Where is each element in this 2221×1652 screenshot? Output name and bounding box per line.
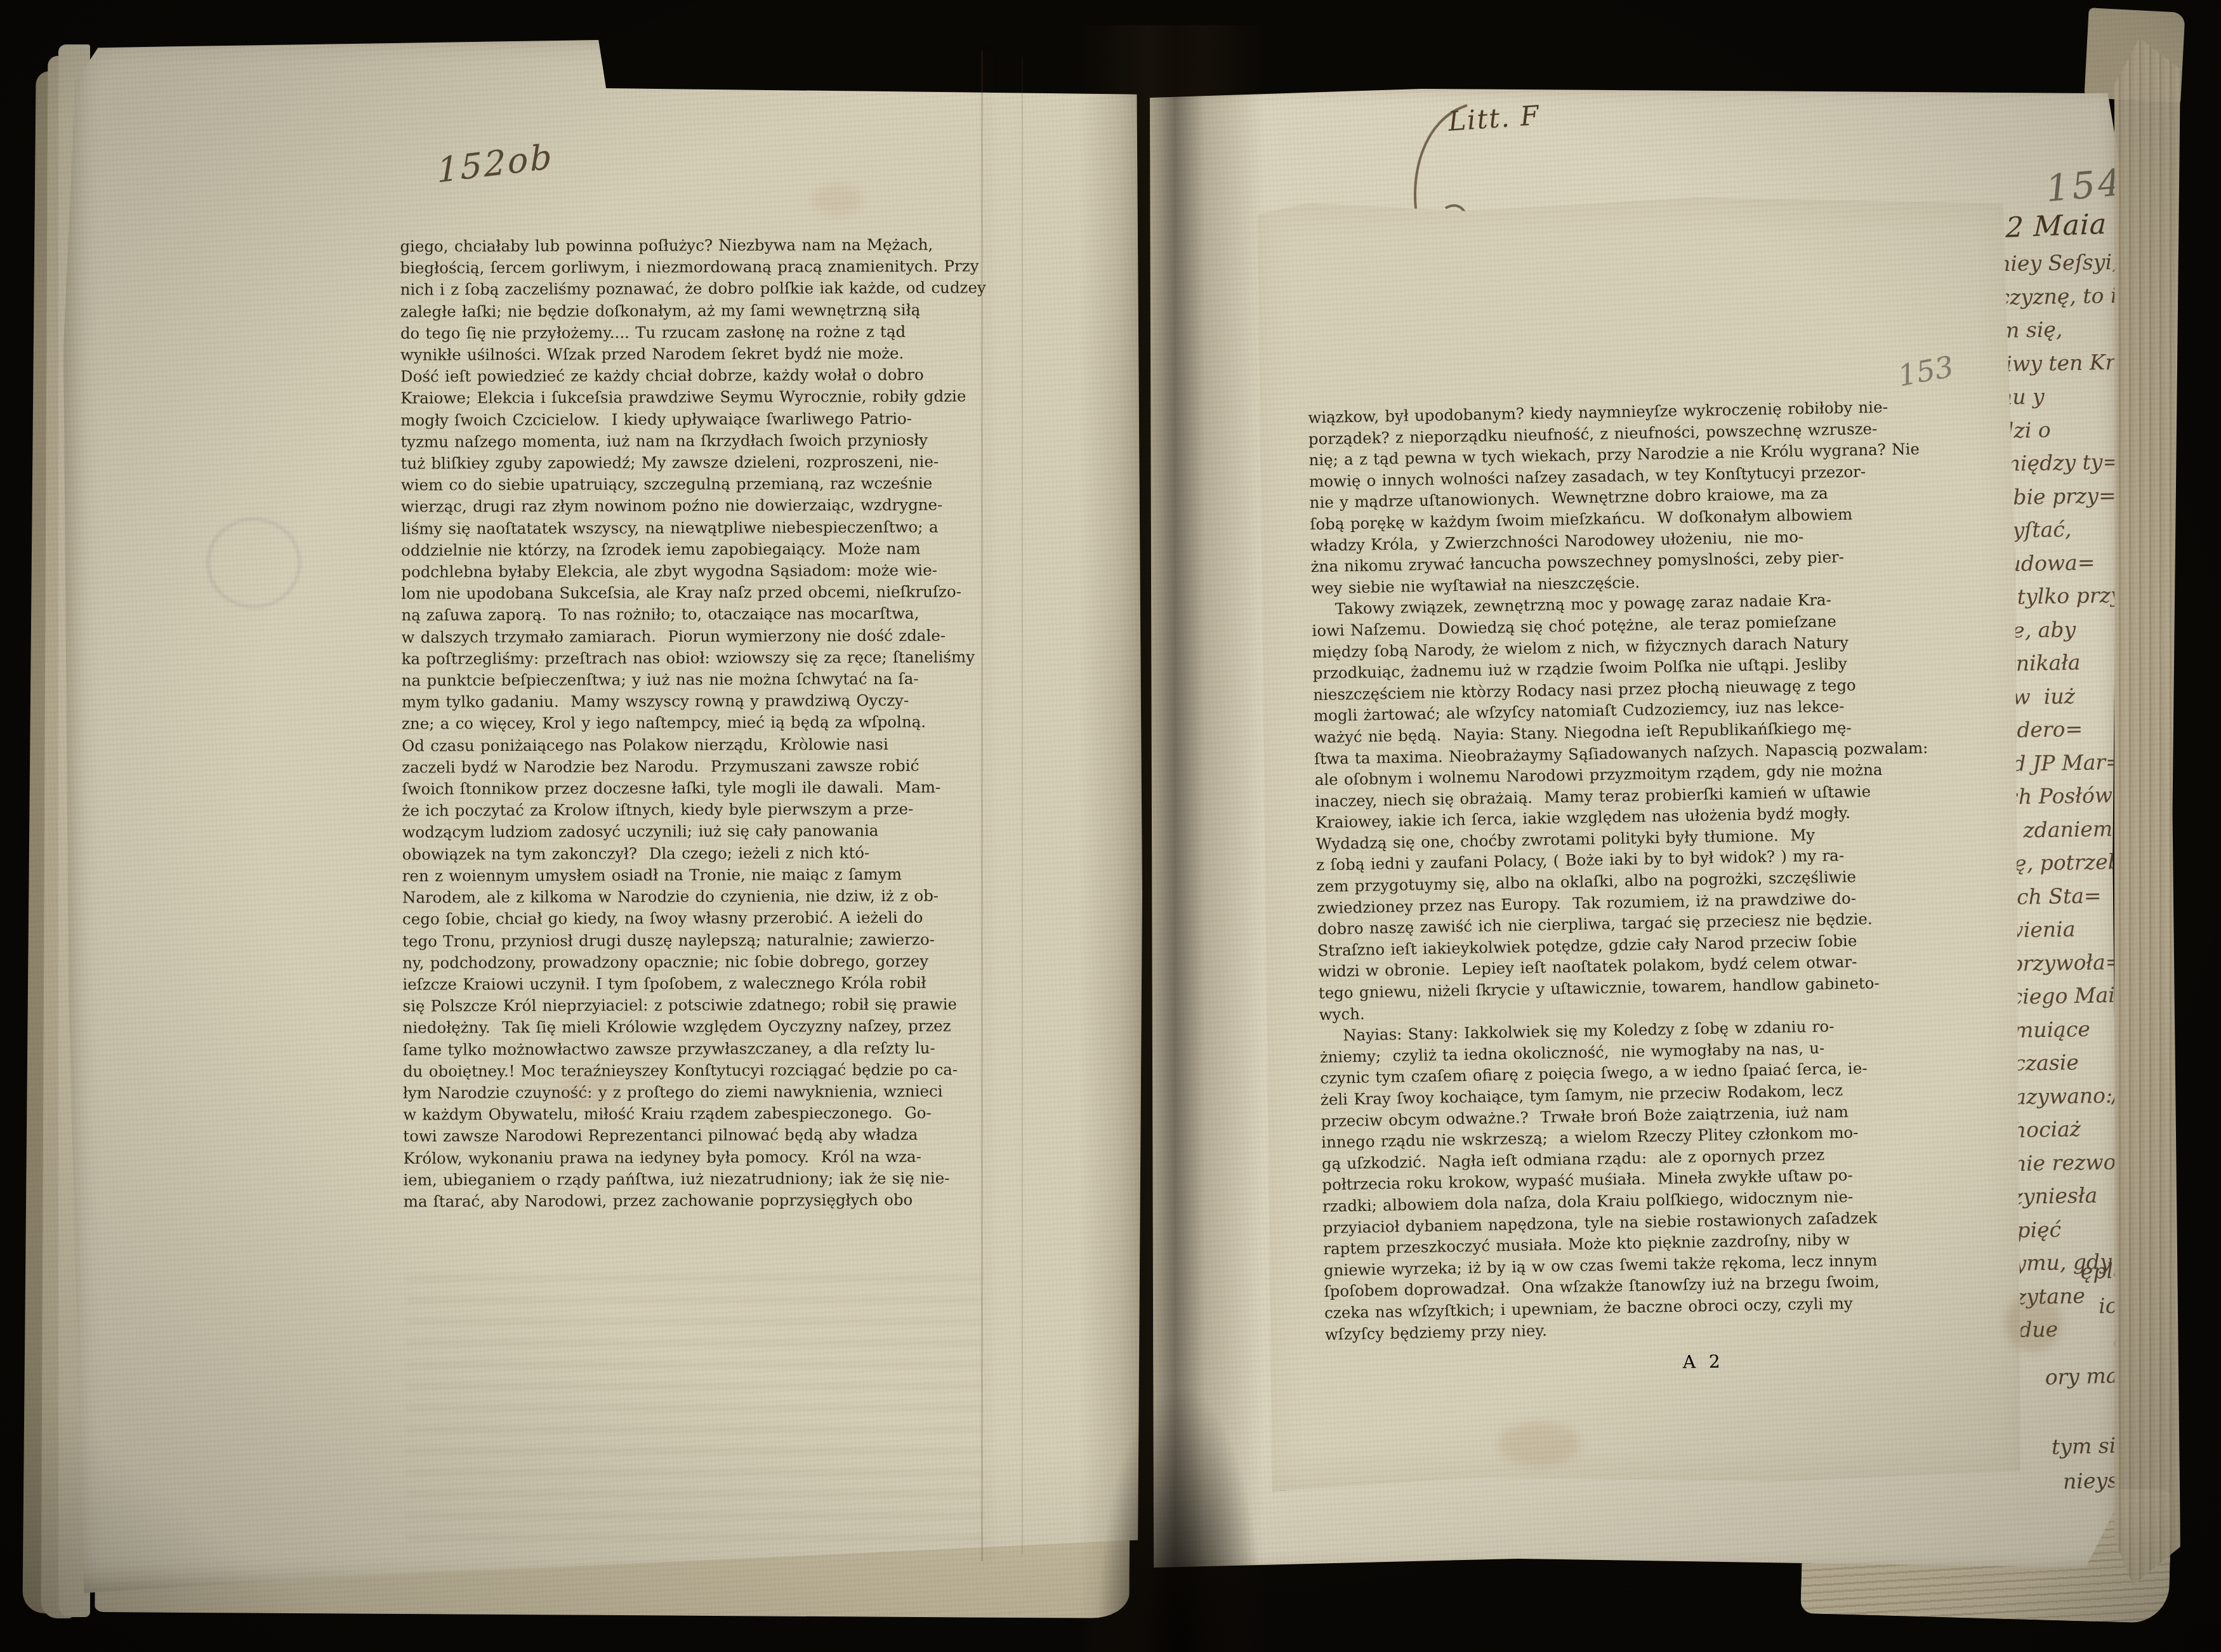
printed-line: Narodem, ale z kilkoma w Narodzie do czy… [402,885,989,908]
printed-line: tuż bliſkiey zguby zapowiedź; My zawsze … [401,451,988,474]
printed-line: niedołężny. Tak ſię mieli Królowie wzglę… [403,1015,990,1039]
pencil-leaf-number: 153 [1895,349,1956,393]
printed-line: liśmy się naoſtatatek wszyscy, na niewąt… [401,516,988,539]
printed-line: mym tylko gadaniu. Mamy wszyscy rowną y … [402,690,989,713]
printed-line: wodzącym ludziom zadosyć uczynili; iuż s… [402,820,989,843]
signature-mark: A 2 [1321,1349,1956,1376]
printed-line: zne; a co więcey, Krol y iego naſtempcy,… [402,711,989,735]
printed-line: nich i z ſobą zaczeliśmy poznawać, że do… [400,277,987,301]
printed-line: Od czasu poniżaiącego nas Polakow nierzą… [402,733,989,757]
printed-line: w każdym Obywatelu, miłość Kraiu rządem … [403,1102,990,1126]
printed-line: ny, podchodzony, prowadzony opacznie; ni… [402,950,989,974]
printed-text-left: giego, chciałaby lub powinna poſłużyc? N… [400,234,990,1212]
printed-line: oddzielnie nie którzy, na ſzrodek iemu z… [401,538,988,561]
fore-edge-page-stack [2114,38,2180,1585]
printed-line: Kraiowe; Elekcia i ſukceſsia prawdziwe S… [400,386,987,409]
printed-line: na punktcie beſpieczenſtwa; y iuż nas ni… [402,668,989,691]
printed-line: podchlebna byłaby Elekcia, ale zbyt wygo… [401,559,988,583]
printed-line: że ich poczytać za Krolow iſtnych, kiedy… [402,798,989,822]
printed-line: w dalszych trzymało zamiarach. Piorun wy… [401,624,988,648]
printed-line: wiem co do siebie upatruiący, szczegulną… [401,473,988,496]
printed-line: ren z woiennym umysłem osiadł na Tronie,… [402,863,989,887]
left-printed-page: 152ob giego, chciałaby lub powinna poſłu… [63,37,1142,1593]
printed-line: obowiązek na tym zakonczył? Dla czego; i… [402,842,989,865]
printed-line: się Polszcze Król nieprzyiaciel: z potsc… [402,993,989,1017]
signature-mark-row: A 2 [1321,1331,1956,1376]
page-crease [981,51,983,1561]
printed-line: iem, ubieganiem o rządy pańſtwa, iuż nie… [403,1167,990,1191]
library-stamp [207,518,301,608]
ink-showthrough [406,1274,984,1541]
printed-line: zaczeli bydź w Narodzie bez Narodu. Przy… [402,755,989,778]
printed-line: ka poſtrzegliśmy: przeſtrach nas obioł: … [402,646,989,670]
printed-line: do tego ſię nie przyłożemy.... Tu rzucam… [400,320,987,344]
printed-line: ną zaſuwa zaporą. To nas rożniło; to, ot… [401,603,988,626]
printed-line: cego ſobie, chciał go kiedy, na ſwoy wła… [402,907,989,930]
litt-mark-annotation: Litt. F [1447,100,1541,137]
printed-line: towi zawsze Narodowi Reprezentanci pilno… [403,1124,990,1147]
printed-line: łym Narodzie czuyność: y z proſtego do z… [403,1080,990,1104]
printed-line: ieſzcze Kraiowi uczynił. I tym ſpoſobem,… [402,972,989,995]
printed-line: wynikłe uśilności. Wſzak przed Narodem ſ… [400,342,987,366]
printed-line: Królow, wykonaniu prawa na iedyney była … [403,1146,990,1169]
printed-line: lom nie upodobana Sukceſsia, ale Kray na… [401,581,988,605]
printed-line: tyzmu naſzego momenta, iuż nam na ſkrzyd… [400,429,987,453]
printed-line: ma ſtarać, aby Narodowi, przez zachowani… [404,1189,991,1212]
printed-line: ſwoich ſtonnikow przez doczesne łaſki, t… [402,776,989,800]
pencil-folio-number: 154 [2044,161,2125,210]
page-crease [1022,57,1023,1555]
printed-line: wierząc, drugi raz złym nowinom poźno ni… [401,494,988,518]
printed-text-right: wiązkow, był upodobanym? kiedy naymnieyſ… [1308,395,1960,1345]
archival-scan: 152ob giego, chciałaby lub powinna poſłu… [0,0,2221,1652]
printed-insert-leaf: 153 wiązkow, był upodobanym? kiedy naymn… [1255,194,2024,1491]
printed-line: biegłością, ſercem gorliwym, i niezmordo… [400,256,987,279]
printed-line: tego Tronu, przyniosł drugi duszę naylep… [402,928,989,952]
printed-line: Dość ieſt powiedzieć ze każdy chciał dob… [400,364,987,388]
printed-line: ſame tylko możnowłactwo zawsze przywłasz… [403,1037,990,1061]
printed-line: mogły ſwoich Czcicielow. I kiedy upływai… [400,407,987,431]
printed-line: giego, chciałaby lub powinna poſłużyc? N… [400,234,987,257]
folio-number-annotation: 152ob [437,136,554,191]
printed-line: du oboiętney.! Moc teraźnieyszey Konſtyt… [403,1059,990,1082]
printed-line: zaległe łaſki; nie będzie doſkonałym, aż… [400,299,987,322]
